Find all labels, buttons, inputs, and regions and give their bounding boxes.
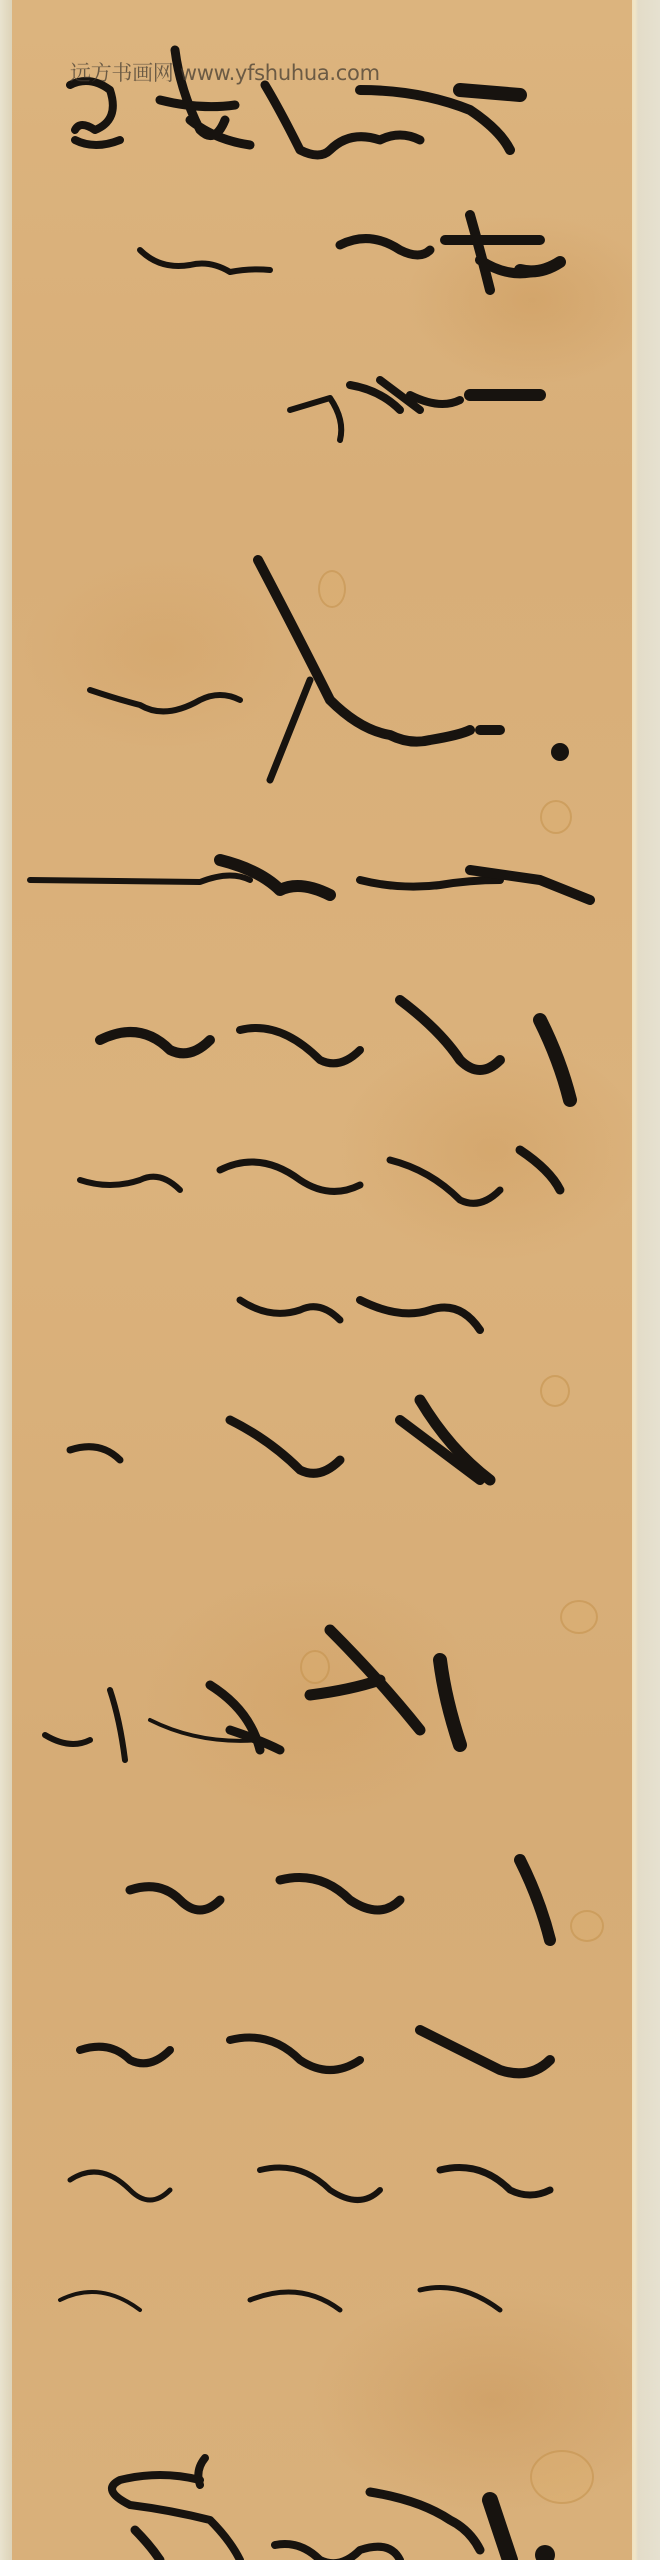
calligraphy-row-10 — [130, 1860, 550, 1940]
calligraphy-row-11 — [80, 2030, 550, 2073]
calligraphy-ink — [0, 0, 660, 2560]
calligraphy-row-1 — [140, 215, 560, 290]
calligraphy-row-2 — [290, 380, 540, 440]
calligraphy-row-8 — [70, 1420, 480, 1480]
calligraphy-row-6 — [80, 1150, 560, 1203]
calligraphy-row-3 — [90, 560, 569, 780]
calligraphy-row-13 — [60, 2288, 500, 2311]
calligraphy-row-12 — [70, 2168, 550, 2201]
calligraphy-row-14 — [112, 2458, 555, 2560]
calligraphy-row-4 — [30, 860, 590, 900]
calligraphy-row-9 — [45, 1630, 460, 1760]
calligraphy-row-5 — [100, 1000, 570, 1100]
watermark: 远方书画网 www.yfshuhua.com — [70, 57, 380, 87]
